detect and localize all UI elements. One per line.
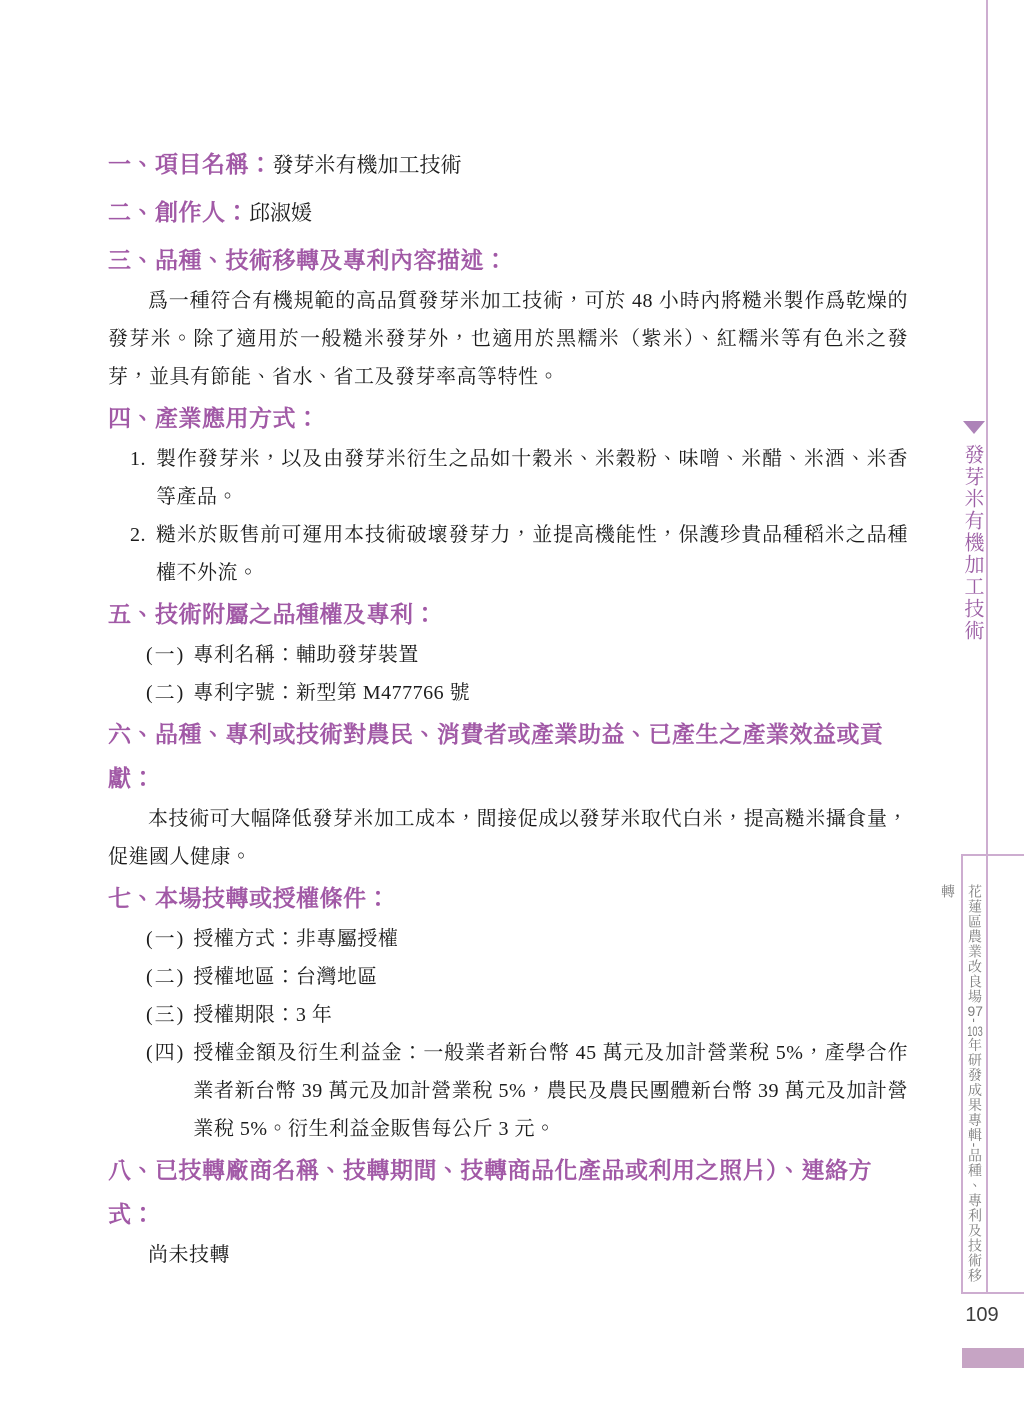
section-6-heading: 六、品種、專利或技術對農民、消費者或產業助益、已產生之產業效益或貢獻：: [108, 712, 908, 800]
list-item: (一) 授權方式：非專屬授權: [146, 920, 908, 958]
list-item-text: 專利字號：新型第 M477766 號: [193, 674, 908, 712]
list-item: (一) 專利名稱：輔助發芽裝置: [146, 636, 908, 674]
page-number: 109: [961, 1304, 1003, 1327]
list-item-text: 授權期限：3 年: [193, 996, 908, 1034]
section-1-heading: 一、項目名稱：: [108, 151, 273, 177]
list-item: (二) 專利字號：新型第 M477766 號: [146, 674, 908, 712]
list-item-number: (二): [146, 958, 185, 996]
main-content: 一、項目名稱：發芽米有機加工技術 二、創作人：邱淑媛 三、品種、技術移轉及專利內…: [108, 142, 908, 1274]
section-1-value: 發芽米有機加工技術: [273, 153, 462, 177]
list-item: 1. 製作發芽米，以及由發芽米衍生之品如十穀米、米穀粉、味噌、米醋、米酒、米香等…: [130, 440, 908, 516]
section-4-heading: 四、產業應用方式：: [108, 396, 908, 440]
triangle-down-icon: [963, 421, 985, 434]
section-7-heading: 七、本場技轉或授權條件：: [108, 876, 908, 920]
section-1-project-name: 一、項目名稱：發芽米有機加工技術: [108, 142, 908, 190]
list-item-text: 授權方式：非專屬授權: [193, 920, 908, 958]
section-2-value: 邱淑媛: [249, 201, 312, 225]
imprint-box-top-rule: [961, 854, 1024, 856]
list-item-number: (二): [146, 674, 185, 712]
list-item-text: 製作發芽米，以及由發芽米衍生之品如十穀米、米穀粉、味噌、米醋、米酒、米香等產品。: [156, 440, 908, 516]
list-item-number: (三): [146, 996, 185, 1034]
list-item: 2. 糙米於販售前可運用本技術破壞發芽力，並提高機能性，保護珍貴品種稻米之品種權…: [130, 516, 908, 592]
imprint-year-from: 97: [967, 1004, 983, 1018]
list-item-number: (四): [146, 1034, 185, 1148]
section-2-heading: 二、創作人：: [108, 199, 249, 225]
bottom-accent-bar: [962, 1348, 1024, 1368]
section-8-heading: 八、已技轉廠商名稱、技轉期間、技轉商品化產品或利用之照片）、連絡方式：: [108, 1148, 908, 1236]
list-item-number: 1.: [130, 440, 146, 516]
section-3-paragraph: 爲一種符合有機規範的高品質發芽米加工技術，可於 48 小時內將糙米製作爲乾燥的發…: [108, 282, 908, 396]
section-2-creator: 二、創作人：邱淑媛: [108, 190, 908, 238]
list-item-text: 授權地區：台灣地區: [193, 958, 908, 996]
section-6-paragraph: 本技術可大幅降低發芽米加工成本，間接促成以發芽米取代白米，提高糙米攝食量，促進國…: [108, 800, 908, 876]
imprint-year-to: 103: [967, 1024, 983, 1038]
imprint-org: 花蓮區農業改良場: [967, 884, 983, 1004]
list-item-text: 糙米於販售前可運用本技術破壞發芽力，並提高機能性，保護珍貴品種稻米之品種權不外流…: [156, 516, 908, 592]
imprint-series: 年研發成果專輯: [967, 1038, 983, 1143]
list-item: (四) 授權金額及衍生利益金：一般業者新台幣 45 萬元及加計營業稅 5%，產學…: [146, 1034, 908, 1148]
document-page: { "page": { "number": "109" }, "colors":…: [0, 0, 1024, 1418]
list-item: (三) 授權期限：3 年: [146, 996, 908, 1034]
sidebar-chapter-title: 發芽米有機加工技術: [959, 444, 987, 674]
list-item-number: 2.: [130, 516, 146, 592]
list-item-text: 專利名稱：輔助發芽裝置: [193, 636, 908, 674]
section-3-heading: 三、品種、技術移轉及專利內容描述：: [108, 238, 908, 282]
list-item-number: (一): [146, 636, 185, 674]
section-5-heading: 五、技術附屬之品種權及專利：: [108, 592, 908, 636]
list-item-text: 授權金額及衍生利益金：一般業者新台幣 45 萬元及加計營業稅 5%，產學合作業者…: [193, 1034, 908, 1148]
imprint-box-bottom-rule: [961, 1292, 1024, 1294]
sidebar-imprint: 花蓮區農業改良場97-103年研發成果專輯-品種、專利及技術移轉: [961, 884, 988, 1284]
list-item: (二) 授權地區：台灣地區: [146, 958, 908, 996]
list-item-number: (一): [146, 920, 185, 958]
section-8-paragraph: 尚未技轉: [108, 1236, 908, 1274]
